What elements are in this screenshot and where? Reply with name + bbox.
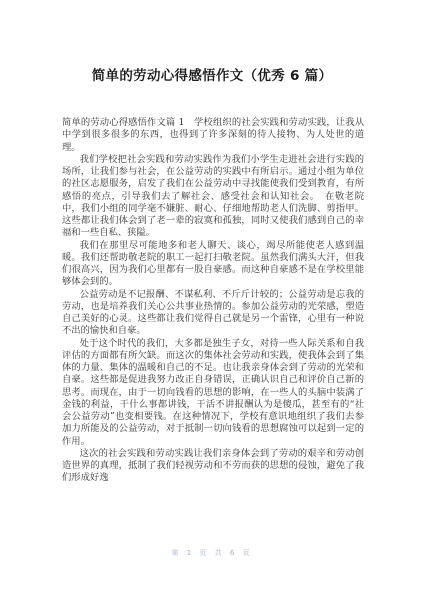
document-title: 简单的劳动心得感悟作文（优秀 6 篇） bbox=[0, 64, 424, 84]
paragraph-1: 简单的劳动心得感悟作文篇 1 学校组织的社会实践和劳动实践，让我从中学到很多很多… bbox=[62, 117, 364, 154]
paragraph-2: 我们学校把社会实践和劳动实践作为我们小学生走进社会进行实践的场所，让我们参与社会… bbox=[62, 154, 364, 240]
paragraph-5: 处于这个时代的我们，大多都是独生子女，对待一些人际关系和自我评估的方面都有所欠缺… bbox=[62, 338, 364, 448]
page-number-footer: 第 1 页 共 6 页 bbox=[0, 548, 424, 558]
paragraph-6: 这次的社会实践和劳动实践让我们亲身体会到了劳动的艰辛和劳动创造世界的真理，抵制了… bbox=[62, 448, 364, 485]
paragraph-4: 公益劳动是不记报酬、不谋私利、不斤斤计较的；公益劳动是忘我的劳动，也是培养我们关… bbox=[62, 289, 364, 338]
paragraph-3: 我们在那里尽可能地多和老人聊天、谈心，竭尽所能使老人感到温暖。我们还帮助敬老院的… bbox=[62, 240, 364, 289]
document-body: 简单的劳动心得感悟作文篇 1 学校组织的社会实践和劳动实践，让我从中学到很多很多… bbox=[62, 117, 364, 485]
document-page: 简单的劳动心得感悟作文（优秀 6 篇） 简单的劳动心得感悟作文篇 1 学校组织的… bbox=[0, 0, 424, 600]
